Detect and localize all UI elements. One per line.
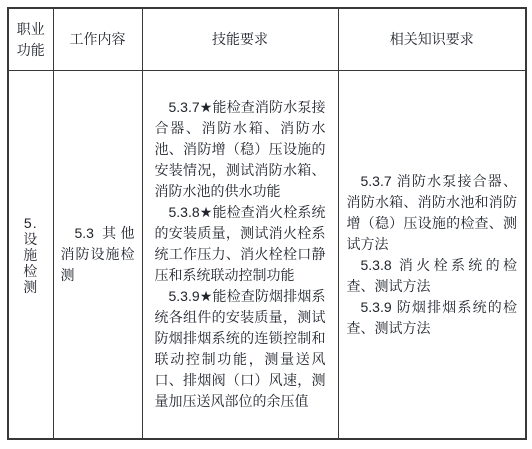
occupation-function-cell: 5. 设施检测 bbox=[8, 71, 53, 440]
occupational-standard-table: 职业功能 工作内容 技能要求 相关知识要求 5. 设施检测 5.3 其他消防设施… bbox=[7, 7, 527, 440]
skill-requirement-5-3-7: 5.3.7★能检查消防水泵接合器、消防水箱、消防水池、消防增（稳）压设施的安装情… bbox=[155, 97, 326, 202]
work-content-cell: 5.3 其他消防设施检测 bbox=[53, 71, 142, 440]
header-occupation-function: 职业功能 bbox=[8, 8, 53, 71]
table-header-row: 职业功能 工作内容 技能要求 相关知识要求 bbox=[8, 8, 526, 71]
skill-requirements-cell: 5.3.7★能检查消防水泵接合器、消防水箱、消防水池、消防增（稳）压设施的安装情… bbox=[142, 71, 338, 440]
knowledge-requirement-5-3-9: 5.3.9 防烟排烟系统的检查、测试方法 bbox=[347, 297, 518, 339]
knowledge-requirement-5-3-8: 5.3.8 消火栓系统的检查、测试方法 bbox=[347, 255, 518, 297]
table-row: 5. 设施检测 5.3 其他消防设施检测 5.3.7★能检查消防水泵接合器、消防… bbox=[8, 71, 526, 440]
document-page: 职业功能 工作内容 技能要求 相关知识要求 5. 设施检测 5.3 其他消防设施… bbox=[0, 0, 532, 449]
header-knowledge-requirements: 相关知识要求 bbox=[338, 8, 526, 71]
skill-requirement-5-3-9: 5.3.9★能检查防烟排烟系统各组件的安装质量，测试防烟排烟系统的连锁控制和联动… bbox=[155, 286, 326, 412]
knowledge-requirement-5-3-7: 5.3.7 消防水泵接合器、消防水箱、消防水池和消防增（稳）压设施的检查、测试方… bbox=[347, 171, 518, 255]
knowledge-requirements-cell: 5.3.7 消防水泵接合器、消防水箱、消防水池和消防增（稳）压设施的检查、测试方… bbox=[338, 71, 526, 440]
header-skill-requirements: 技能要求 bbox=[142, 8, 338, 71]
work-content-text: 5.3 其他消防设施检测 bbox=[61, 223, 135, 286]
header-work-content: 工作内容 bbox=[53, 8, 142, 71]
skill-requirement-5-3-8: 5.3.8★能检查消火栓系统的安装质量，测试消火栓系统工作压力、消火栓栓口静压和… bbox=[155, 202, 326, 286]
